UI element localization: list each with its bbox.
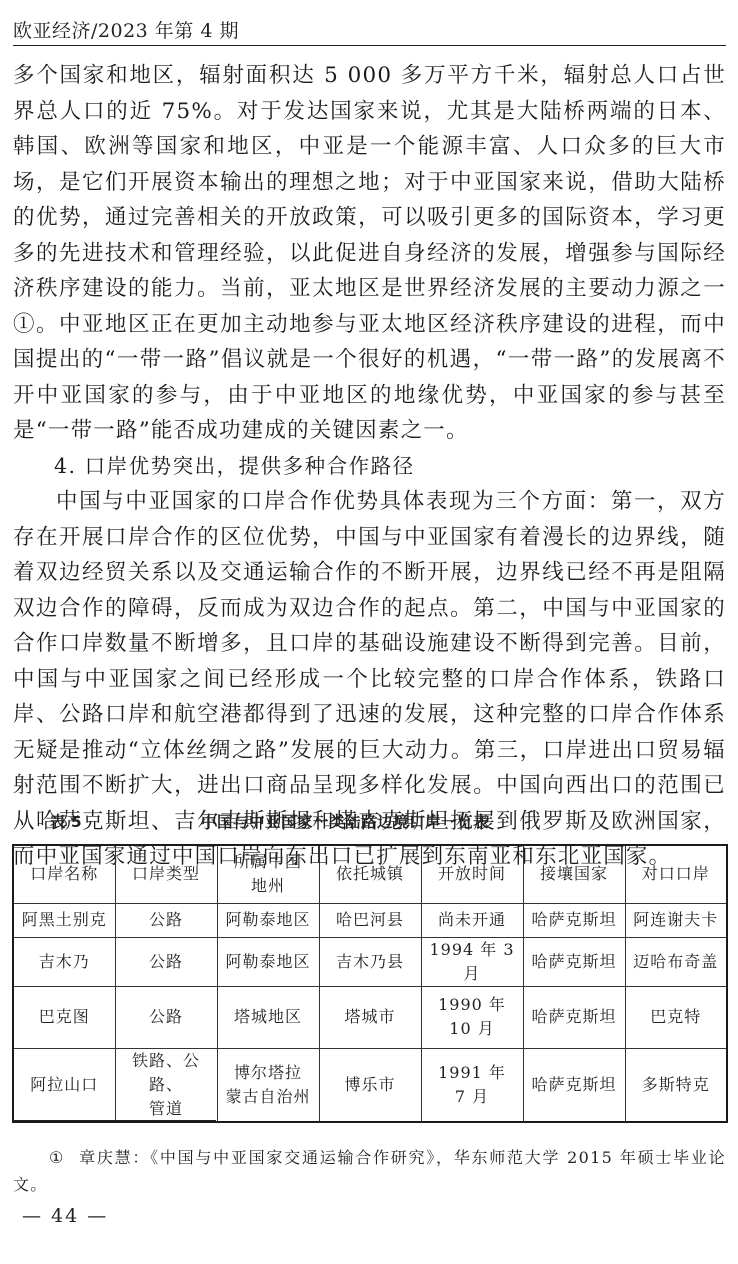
table-cell: 塔城地区: [217, 986, 319, 1048]
table-cell: 塔城市: [319, 986, 421, 1048]
table-cell: 迈哈布奇盖: [625, 937, 727, 986]
column-header: 对口口岸: [625, 845, 727, 903]
table-cell: 尚未开通: [421, 903, 523, 937]
table-cell: 巴克特: [625, 986, 727, 1048]
table-caption: 表 5 中国与中亚国家一类陆路边境口岸一览表: [13, 808, 726, 832]
table-cell: 1991 年7 月: [421, 1048, 523, 1122]
table-title: 中国与中亚国家一类陆路边境口岸一览表: [201, 810, 489, 832]
table-row: 巴克图 公路 塔城地区 塔城市 1990 年10 月 哈萨克斯坦 巴克特: [13, 986, 727, 1048]
table-cell: 阿勒泰地区: [217, 903, 319, 937]
table-cell: 阿连谢夫卡: [625, 903, 727, 937]
table-number: 表 5: [50, 810, 82, 832]
table-row: 阿黑土别克 公路 阿勒泰地区 哈巴河县 尚未开通 哈萨克斯坦 阿连谢夫卡: [13, 903, 727, 937]
table-cell: 博尔塔拉蒙古自治州: [217, 1048, 319, 1122]
section-heading: 4. 口岸优势突出，提供多种合作路径: [13, 449, 726, 485]
footnote-rule: [13, 1120, 216, 1121]
footnote: ①章庆慧：《中国与中亚国家交通运输合作研究》，华东师范大学 2015 年硕士毕业…: [13, 1144, 726, 1198]
table-cell: 公路: [115, 903, 217, 937]
table-cell: 公路: [115, 937, 217, 986]
table-cell: 1994 年 3 月: [421, 937, 523, 986]
table-row: 阿拉山口 铁路、公路、管道 博尔塔拉蒙古自治州 博乐市 1991 年7 月 哈萨…: [13, 1048, 727, 1122]
ports-table: 口岸名称 口岸类型 所属中国地州 依托城镇 开放时间 接壤国家 对口口岸 阿黑土…: [12, 844, 728, 1123]
column-header: 所属中国地州: [217, 845, 319, 903]
column-header: 开放时间: [421, 845, 523, 903]
table-cell: 铁路、公路、管道: [115, 1048, 217, 1122]
footnote-text: 章庆慧：《中国与中亚国家交通运输合作研究》，华东师范大学 2015 年硕士毕业论…: [13, 1148, 726, 1194]
table-cell: 阿黑土别克: [13, 903, 115, 937]
table-cell: 巴克图: [13, 986, 115, 1048]
column-header: 依托城镇: [319, 845, 421, 903]
table-cell: 博乐市: [319, 1048, 421, 1122]
running-head: 欧亚经济/2023 年第 4 期: [13, 16, 239, 43]
paragraph: 多个国家和地区，辐射面积达 5 000 多万平方千米，辐射总人口占世界总人口的近…: [13, 58, 726, 449]
column-header: 口岸名称: [13, 845, 115, 903]
table-cell: 哈萨克斯坦: [523, 937, 625, 986]
table-cell: 公路: [115, 986, 217, 1048]
table-cell: 吉木乃: [13, 937, 115, 986]
column-header: 接壤国家: [523, 845, 625, 903]
table-cell: 1990 年10 月: [421, 986, 523, 1048]
table-cell: 哈巴河县: [319, 903, 421, 937]
footnote-marker: ①: [13, 1148, 79, 1167]
article-body: 多个国家和地区，辐射面积达 5 000 多万平方千米，辐射总人口占世界总人口的近…: [13, 58, 726, 875]
table-cell: 阿拉山口: [13, 1048, 115, 1122]
column-header: 口岸类型: [115, 845, 217, 903]
page-number: — 44 —: [22, 1205, 108, 1227]
table-cell: 哈萨克斯坦: [523, 1048, 625, 1122]
table-cell: 多斯特克: [625, 1048, 727, 1122]
table-cell: 阿勒泰地区: [217, 937, 319, 986]
header-rule: [13, 45, 726, 46]
table-cell: 哈萨克斯坦: [523, 986, 625, 1048]
table-cell: 哈萨克斯坦: [523, 903, 625, 937]
table-header-row: 口岸名称 口岸类型 所属中国地州 依托城镇 开放时间 接壤国家 对口口岸: [13, 845, 727, 903]
table-cell: 吉木乃县: [319, 937, 421, 986]
table-row: 吉木乃 公路 阿勒泰地区 吉木乃县 1994 年 3 月 哈萨克斯坦 迈哈布奇盖: [13, 937, 727, 986]
